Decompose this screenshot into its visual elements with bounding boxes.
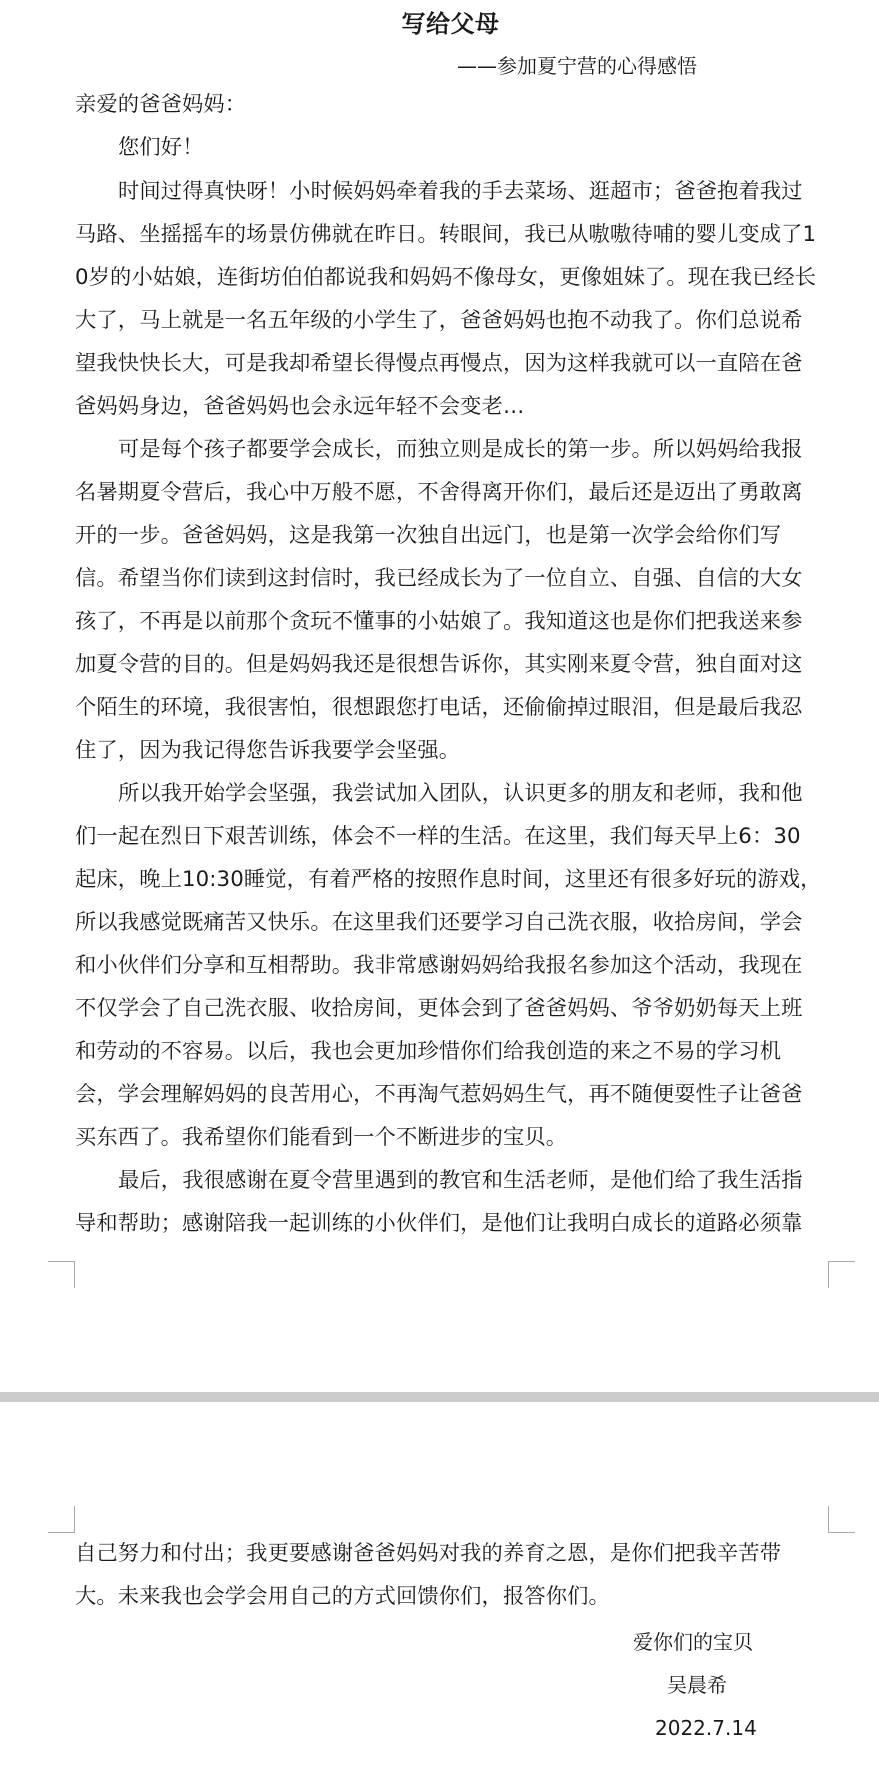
body-line: 们一起在烈日下艰苦训练，体会不一样的生活。在这里，我们每天早上6：30 xyxy=(75,824,801,850)
body-line: 信。希望当你们读到这封信时，我已经成长为了一位自立、自强、自信的大女 xyxy=(75,566,803,592)
body-line: 望我快快长大，可是我却希望长得慢点再慢点，因为这样我就可以一直陪在爸 xyxy=(75,351,803,377)
body-line: 不仅学会了自己洗衣服、收拾房间，更体会到了爸爸妈妈、爷爷奶奶每天上班 xyxy=(75,996,803,1022)
document-title: 写给父母 xyxy=(0,9,879,39)
body-line: 大。未来我也会学会用自己的方式回馈你们，报答你们。 xyxy=(75,1584,610,1610)
body-line: 买东西了。我希望你们能看到一个不断进步的宝贝。 xyxy=(75,1125,567,1151)
document-page-2: 自己努力和付出；我更要感谢爸爸妈妈对我的养育之恩，是你们把我辛苦带 大。未来我也… xyxy=(0,1402,879,1774)
body-line: 最后，我很感谢在夏令营里遇到的教官和生活老师，是他们给了我生活指 xyxy=(118,1168,803,1194)
body-line: 爸妈妈身边，爸爸妈妈也会永远年轻不会变老… xyxy=(75,394,524,420)
margin-corner-mark-top-right xyxy=(828,1506,855,1533)
body-line: 导和帮助；感谢陪我一起训练的小伙伴们，是他们让我明白成长的道路必须靠 xyxy=(75,1211,803,1237)
body-line: 自己努力和付出；我更要感谢爸爸妈妈对我的养育之恩，是你们把我辛苦带 xyxy=(75,1541,781,1567)
greeting: 您们好！ xyxy=(118,135,204,161)
salutation: 亲爱的爸爸妈妈： xyxy=(75,92,246,118)
signature-name: 吴晨希 xyxy=(667,1672,727,1698)
page-separator xyxy=(0,1392,879,1402)
body-line: 开的一步。爸爸妈妈，这是我第一次独自出远门，也是第一次学会给你们写 xyxy=(75,523,781,549)
body-line: 可是每个孩子都要学会成长，而独立则是成长的第一步。所以妈妈给我报 xyxy=(118,437,803,463)
body-line: 和小伙伴们分享和互相帮助。我非常感谢妈妈给我报名参加这个活动，我现在 xyxy=(75,953,803,979)
body-line: 马路、坐摇摇车的场景仿佛就在昨日。转眼间，我已从嗷嗷待哺的婴儿变成了1 xyxy=(75,222,816,248)
margin-corner-mark-bottom-left xyxy=(48,1261,75,1288)
body-line: 所以我感觉既痛苦又快乐。在这里我们还要学习自己洗衣服，收拾房间，学会 xyxy=(75,910,803,936)
margin-corner-mark-bottom-right xyxy=(828,1261,855,1288)
body-line: 起床，晚上10:30睡觉，有着严格的按照作息时间，这里还有很多好玩的游戏， xyxy=(75,867,822,893)
body-line: 所以我开始学会坚强，我尝试加入团队，认识更多的朋友和老师，我和他 xyxy=(118,781,803,807)
margin-corner-mark-top-left xyxy=(48,1506,75,1533)
signature-closing: 爱你们的宝贝 xyxy=(633,1629,753,1655)
body-line: 时间过得真快呀！小时候妈妈牵着我的手去菜场、逛超市；爸爸抱着我过 xyxy=(118,179,803,205)
document-page-1: 写给父母 ——参加夏宁营的心得感悟 亲爱的爸爸妈妈： 您们好！ 时间过得真快呀！… xyxy=(0,0,879,1392)
body-line: 大了，马上就是一名五年级的小学生了，爸爸妈妈也抱不动我了。你们总说希 xyxy=(75,308,803,334)
body-line: 孩了，不再是以前那个贪玩不懂事的小姑娘了。我知道这也是你们把我送来参 xyxy=(75,609,803,635)
body-line: 和劳动的不容易。以后，我也会更加珍惜你们给我创造的来之不易的学习机 xyxy=(75,1039,781,1065)
signature-date: 2022.7.14 xyxy=(655,1715,757,1741)
document-subtitle: ——参加夏宁营的心得感悟 xyxy=(457,53,697,79)
body-line: 加夏令营的目的。但是妈妈我还是很想告诉你，其实刚来夏令营，独自面对这 xyxy=(75,652,803,678)
body-line: 名暑期夏令营后，我心中万般不愿，不舍得离开你们，最后还是迈出了勇敢离 xyxy=(75,480,803,506)
body-line: 住了，因为我记得您告诉我要学会坚强。 xyxy=(75,738,460,764)
body-line: 会，学会理解妈妈的良苦用心，不再淘气惹妈妈生气，再不随便耍性子让爸爸 xyxy=(75,1082,803,1108)
body-line: 个陌生的环境，我很害怕，很想跟您打电话，还偷偷掉过眼泪，但是最后我忍 xyxy=(75,695,803,721)
body-line: 0岁的小姑娘，连街坊伯伯都说我和妈妈不像母女，更像姐妹了。现在我已经长 xyxy=(75,265,816,291)
